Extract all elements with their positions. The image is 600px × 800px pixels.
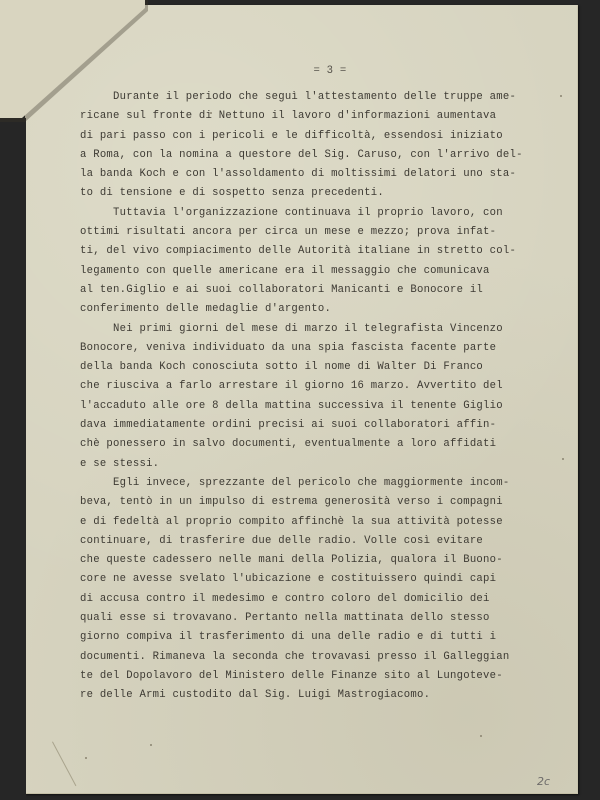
background-gap: [0, 118, 26, 800]
text-line: chè ponessero in salvo documenti, eventu…: [80, 435, 560, 454]
text-line: e di fedeltà al proprio compito affinchè…: [80, 513, 560, 532]
paper-speck: [210, 112, 212, 114]
text-line: to di tensione e di sospetto senza prece…: [80, 184, 560, 203]
text-line: Tuttavia l'organizzazione continuava il …: [80, 204, 560, 223]
text-line: documenti. Rimaneva la seconda che trova…: [80, 648, 560, 667]
paper-speck: [85, 757, 87, 759]
text-line: legamento con quelle americane era il me…: [80, 262, 560, 281]
paper-crease: [52, 742, 76, 787]
text-line: al ten.Giglio e ai suoi collaboratori Ma…: [80, 281, 560, 300]
text-line: core ne avesse svelato l'ubicazione e co…: [80, 570, 560, 589]
paper-speck: [562, 458, 564, 460]
text-line: continuare, di trasferire due delle radi…: [80, 532, 560, 551]
text-line: te del Dopolavoro del Ministero delle Fi…: [80, 667, 560, 686]
text-line: quali esse si trovavano. Pertanto nella …: [80, 609, 560, 628]
text-line: ottimi risultati ancora per circa un mes…: [80, 223, 560, 242]
text-line: che queste cadessero nelle mani della Po…: [80, 551, 560, 570]
text-line: di accusa contro il medesimo e contro co…: [80, 590, 560, 609]
text-line: a Roma, con la nomina a questore del Sig…: [80, 146, 560, 165]
text-line: ti, del vivo compiacimento delle Autorit…: [80, 242, 560, 261]
scan-background: = 3 = Durante il periodo che seguì l'att…: [0, 0, 600, 800]
text-line: l'accaduto alle ore 8 della mattina succ…: [80, 397, 560, 416]
text-line: Durante il periodo che seguì l'attestame…: [80, 88, 560, 107]
text-line: della banda Koch conosciuta sotto il nom…: [80, 358, 560, 377]
paper-speck: [150, 744, 152, 746]
handwritten-folio-number: 2c: [537, 775, 550, 788]
text-line: la banda Koch e con l'assoldamento di mo…: [80, 165, 560, 184]
text-line: e se stessi.: [80, 455, 560, 474]
text-line: ricane sul fronte di Nettuno il lavoro d…: [80, 107, 560, 126]
text-line: dava immediatamente ordini precisi ai su…: [80, 416, 560, 435]
text-line: Bonocore, veniva individuato da una spia…: [80, 339, 560, 358]
text-line: di pari passo con i pericoli e le diffic…: [80, 127, 560, 146]
paper-speck: [480, 735, 482, 737]
text-line: giorno compiva il trasferimento di una d…: [80, 628, 560, 647]
typewritten-body: = 3 = Durante il periodo che seguì l'att…: [80, 62, 560, 706]
paper-speck: [560, 95, 562, 97]
text-line: Egli invece, sprezzante del pericolo che…: [80, 474, 560, 493]
text-line: conferimento delle medaglie d'argento.: [80, 300, 560, 319]
text-line: Nei primi giorni del mese di marzo il te…: [80, 320, 560, 339]
text-line: che riusciva a farlo arrestare il giorno…: [80, 377, 560, 396]
text-line: beva, tentò in un impulso di estrema gen…: [80, 493, 560, 512]
page-number: = 3 =: [80, 62, 570, 81]
text-line: re delle Armi custodito dal Sig. Luigi M…: [80, 686, 560, 705]
